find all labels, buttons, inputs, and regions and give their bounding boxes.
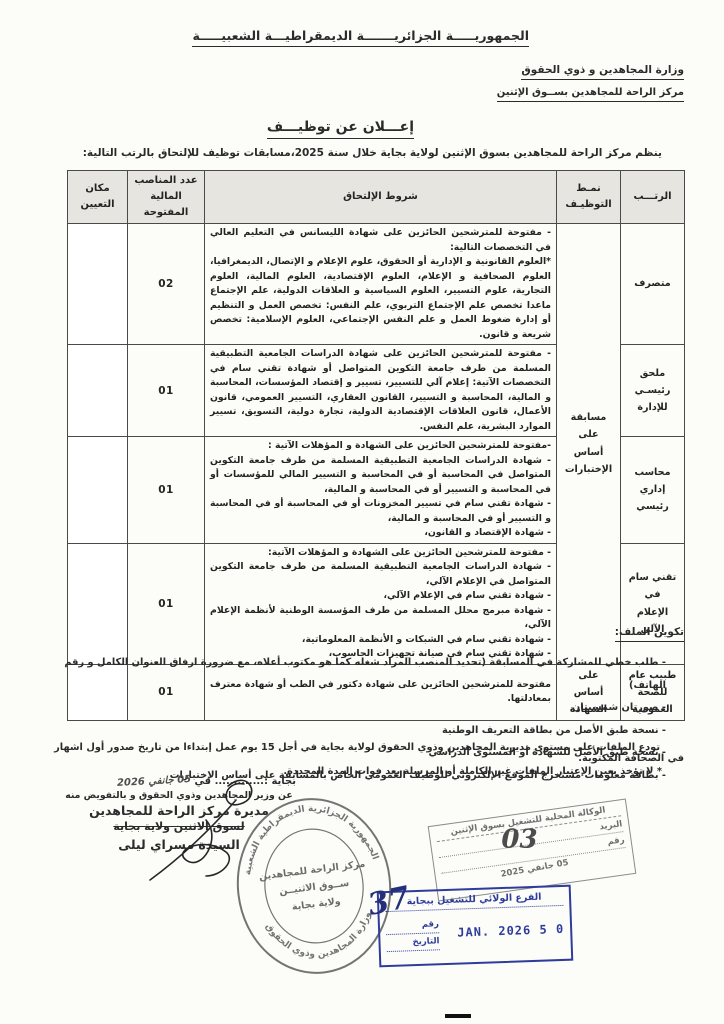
scanned-document-page: الجمهوريـــــة الجزائريـــــــة الديمقرا… (0, 0, 724, 1024)
location-cell (68, 224, 128, 345)
header-rank: الرتـــب (621, 171, 685, 224)
svg-text:وزارة المجاهدين وذوي الحقوق: وزارة المجاهدين وذوي الحقوق (263, 910, 379, 967)
stamp-ring-bottom-text: وزارة المجاهدين وذوي الحقوق (263, 910, 379, 967)
recruitment-table: الرتـــب نمـط التوظيـف شروط الإلتحاق عدد… (67, 170, 685, 721)
signature-place-date: بجاية :............. في 05 جانفي 2026 (48, 776, 310, 787)
branch-stamp-date-label: التاريخ (386, 933, 440, 952)
rank-cell: تقني سام في الإعلام الآلي (621, 543, 685, 664)
branch-stamp-body: 0 5 JAN. 2026 رقم التاريخ (386, 912, 565, 952)
dossier-section-title: تكوين الملف: (615, 626, 684, 642)
conditions-cell: -مفتوحة للمترشحين الحائزين على الشهادة و… (205, 437, 557, 544)
table-row-administrator: متصرف مسابقة على أساس الإختبارات - مفتوح… (68, 224, 685, 345)
page-bottom-mark (445, 1014, 471, 1018)
stamp-center-line1: مركز الراحة للمجاهدين (258, 859, 366, 883)
rank-cell: ملحق رئيسـي للإدارة (621, 345, 685, 437)
header-open-positions: عدد المناصب المالية المفتوحة (128, 171, 205, 224)
stamp-center-line2: ســوق الاثنيــن (279, 878, 350, 897)
header-recruitment-mode: نمـط التوظيـف (557, 171, 621, 224)
rank-cell: متصرف (621, 224, 685, 345)
deposit-instructions: تودع الملفات على مستوى مديرية المجاهدين … (39, 742, 684, 764)
header-location: مكان التعيين (68, 171, 128, 224)
branch-stamp-number-label: رقم (386, 916, 440, 935)
conditions-cell: - مفتوحة للمترشحين الحائزين على شهادة ال… (205, 345, 557, 437)
mode-cell-exams: مسابقة على أساس الإختبارات (557, 224, 621, 665)
announcement-title: إعـــلان عن توظيـــف (267, 119, 414, 139)
dossier-item: - نسخة طبق الأصل من بطاقة التعريف الوطني… (51, 720, 666, 743)
dossier-item: - طلب خطي للمشاركة في المسابقة (تحديد ال… (51, 652, 666, 697)
official-round-stamp: الجمهورية الجزائرية الديمقراطية الشعبية … (232, 793, 396, 979)
positions-cell: 01 (128, 543, 205, 664)
table-header-row: الرتـــب نمـط التوظيـف شروط الإلتحاق عدد… (68, 171, 685, 224)
dossier-item: - صورتان شمسيتان (51, 697, 666, 720)
center-name: مركز الراحة للمجاهدين بســوق الإثنين (497, 87, 684, 102)
place-label: بجاية :............. في (194, 776, 296, 787)
rank-cell: محاسب إداري رئيسي (621, 437, 685, 544)
positions-cell: 01 (128, 345, 205, 437)
location-cell (68, 543, 128, 664)
handwritten-number-03: 03 (501, 825, 537, 855)
intro-paragraph: ينظم مركز الراحة للمجاهدين بسوق الإثنين … (39, 147, 684, 159)
conditions-cell: - مفتوحة للمترشحين الحائزين على الشهادة … (205, 543, 557, 664)
positions-cell: 01 (128, 437, 205, 544)
stamp-center-line3: ولاية بجاية (291, 896, 341, 913)
header-conditions: شروط الإلتحاق (205, 171, 557, 224)
ministry-name: وزارة المجاهدين و ذوي الحقوق (521, 64, 684, 80)
conditions-cell: - مفتوحة للمترشحين الحائزين على شهادة ال… (205, 224, 557, 345)
location-cell (68, 437, 128, 544)
handwritten-date: 05 جانفي 2026 (117, 774, 192, 789)
branch-stamp-date: 0 5 JAN. 2026 (457, 922, 564, 940)
republic-title: الجمهوريـــــة الجزائريـــــــة الديمقرا… (192, 28, 529, 47)
branch-stamp-labels: رقم التاريخ (386, 916, 440, 952)
location-cell (68, 345, 128, 437)
positions-cell: 02 (128, 224, 205, 345)
